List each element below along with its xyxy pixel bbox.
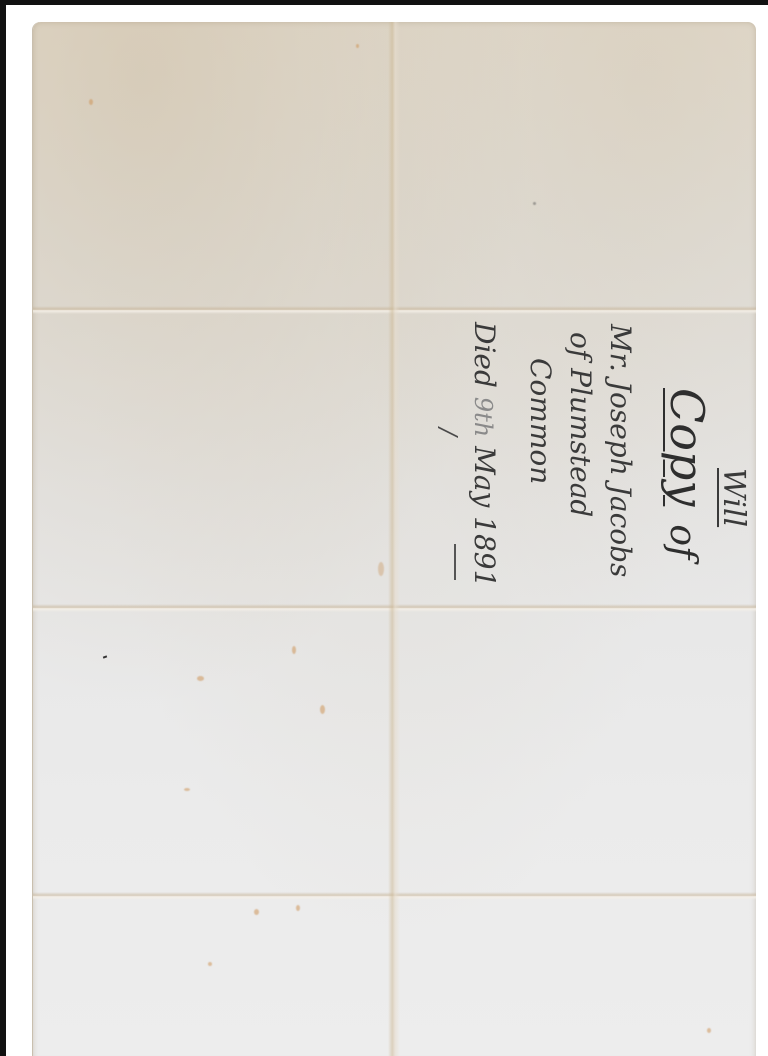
foxing-stain — [320, 705, 325, 714]
docket-place: of Plumstead — [566, 332, 594, 517]
foxing-stain — [296, 905, 300, 911]
docket-died-prefix: Died — [468, 322, 501, 388]
docket-died-date: May 1891 — [468, 446, 501, 587]
foxing-stain — [184, 788, 190, 791]
fold-line-vertical — [388, 22, 400, 1056]
docket-title: Will — [718, 468, 748, 527]
docket-flourish: / — [436, 428, 460, 436]
scan-border-left — [0, 0, 6, 1056]
foxing-stain — [378, 562, 384, 576]
docket-copy-of: of — [662, 524, 703, 559]
foxing-stain — [707, 1028, 711, 1033]
foxing-stain — [89, 99, 93, 105]
docket-place-2: Common — [526, 358, 554, 484]
docket-died-day: 9th — [469, 397, 497, 437]
foxing-stain — [197, 676, 204, 681]
foxing-stain — [254, 909, 259, 915]
scan-border-top — [0, 0, 768, 5]
docket-died-line: Died 9th May 1891 — [470, 322, 498, 587]
docket-underline-dash — [454, 544, 456, 580]
docket-name: Mr. Joseph Jacobs — [606, 324, 634, 577]
docket-copy-label: Copy — [660, 388, 714, 506]
ink-speck — [103, 655, 107, 658]
foxing-stain — [208, 962, 212, 966]
foxing-stain — [292, 646, 296, 654]
foxing-stain — [356, 44, 359, 48]
handwritten-docket: Will Copyof Mr. Joseph Jacobs of Plumste… — [400, 318, 756, 604]
docket-copy-line: Copyof — [664, 388, 710, 559]
ink-speck — [533, 202, 536, 205]
